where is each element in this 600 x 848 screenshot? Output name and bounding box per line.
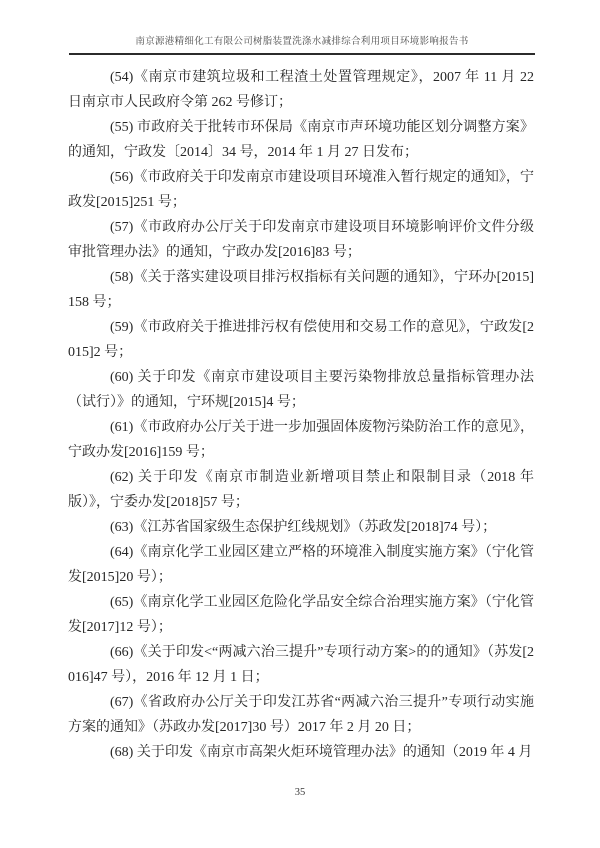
reference-item-58: (58)《关于落实建设项目排污权指标有关问题的通知》，宁环办[2015]158 … (68, 265, 534, 315)
page-footer: 35 (0, 782, 600, 800)
document-page: 南京源港精细化工有限公司树脂装置洗涤水减排综合利用项目环境影响报告书 (54)《… (0, 0, 600, 848)
reference-item-64: (64)《南京化学工业园区建立严格的环境准入制度实施方案》（宁化管发[2015]… (68, 540, 534, 590)
reference-item-56: (56)《市政府关于印发南京市建设项目环境准入暂行规定的通知》，宁政发[2015… (68, 165, 534, 215)
reference-item-57: (57)《市政府办公厅关于印发南京市建设项目环境影响评价文件分级审批管理办法》的… (68, 215, 534, 265)
reference-item-60: (60) 关于印发《南京市建设项目主要污染物排放总量指标管理办法（试行）》的通知… (68, 365, 534, 415)
reference-item-61: (61)《市政府办公厅关于进一步加强固体废物污染防治工作的意见》，宁政办发[20… (68, 415, 534, 465)
reference-item-65: (65)《南京化学工业园区危险化学品安全综合治理实施方案》（宁化管发[2017]… (68, 590, 534, 640)
reference-item-66: (66)《关于印发<“两减六治三提升”专项行动方案>的的通知》（苏发[2016]… (68, 640, 534, 690)
reference-item-63: (63)《江苏省国家级生态保护红线规划》（苏政发[2018]74 号）； (68, 515, 534, 540)
reference-item-54: (54)《南京市建筑垃圾和工程渣土处置管理规定》，2007 年 11 月 22 … (68, 65, 534, 115)
reference-item-59: (59)《市政府关于推进排污权有偿使用和交易工作的意见》，宁政发[2015]2 … (68, 315, 534, 365)
reference-item-55: (55) 市政府关于批转市环保局《南京市声环境功能区划分调整方案》的通知，宁政发… (68, 115, 534, 165)
reference-item-67: (67)《省政府办公厅关于印发江苏省“两减六治三提升”专项行动实施方案的通知》（… (68, 690, 534, 740)
reference-list: (54)《南京市建筑垃圾和工程渣土处置管理规定》，2007 年 11 月 22 … (68, 65, 534, 765)
page-header: 南京源港精细化工有限公司树脂装置洗涤水减排综合利用项目环境影响报告书 (69, 36, 535, 55)
reference-item-62: (62) 关于印发《南京市制造业新增项目禁止和限制目录（2018 年版）》，宁委… (68, 465, 534, 515)
header-title: 南京源港精细化工有限公司树脂装置洗涤水减排综合利用项目环境影响报告书 (69, 36, 535, 49)
page-number: 35 (295, 787, 306, 798)
reference-item-68: (68) 关于印发《南京市高架火炬环境管理办法》的通知（2019 年 4 月 (68, 740, 534, 765)
